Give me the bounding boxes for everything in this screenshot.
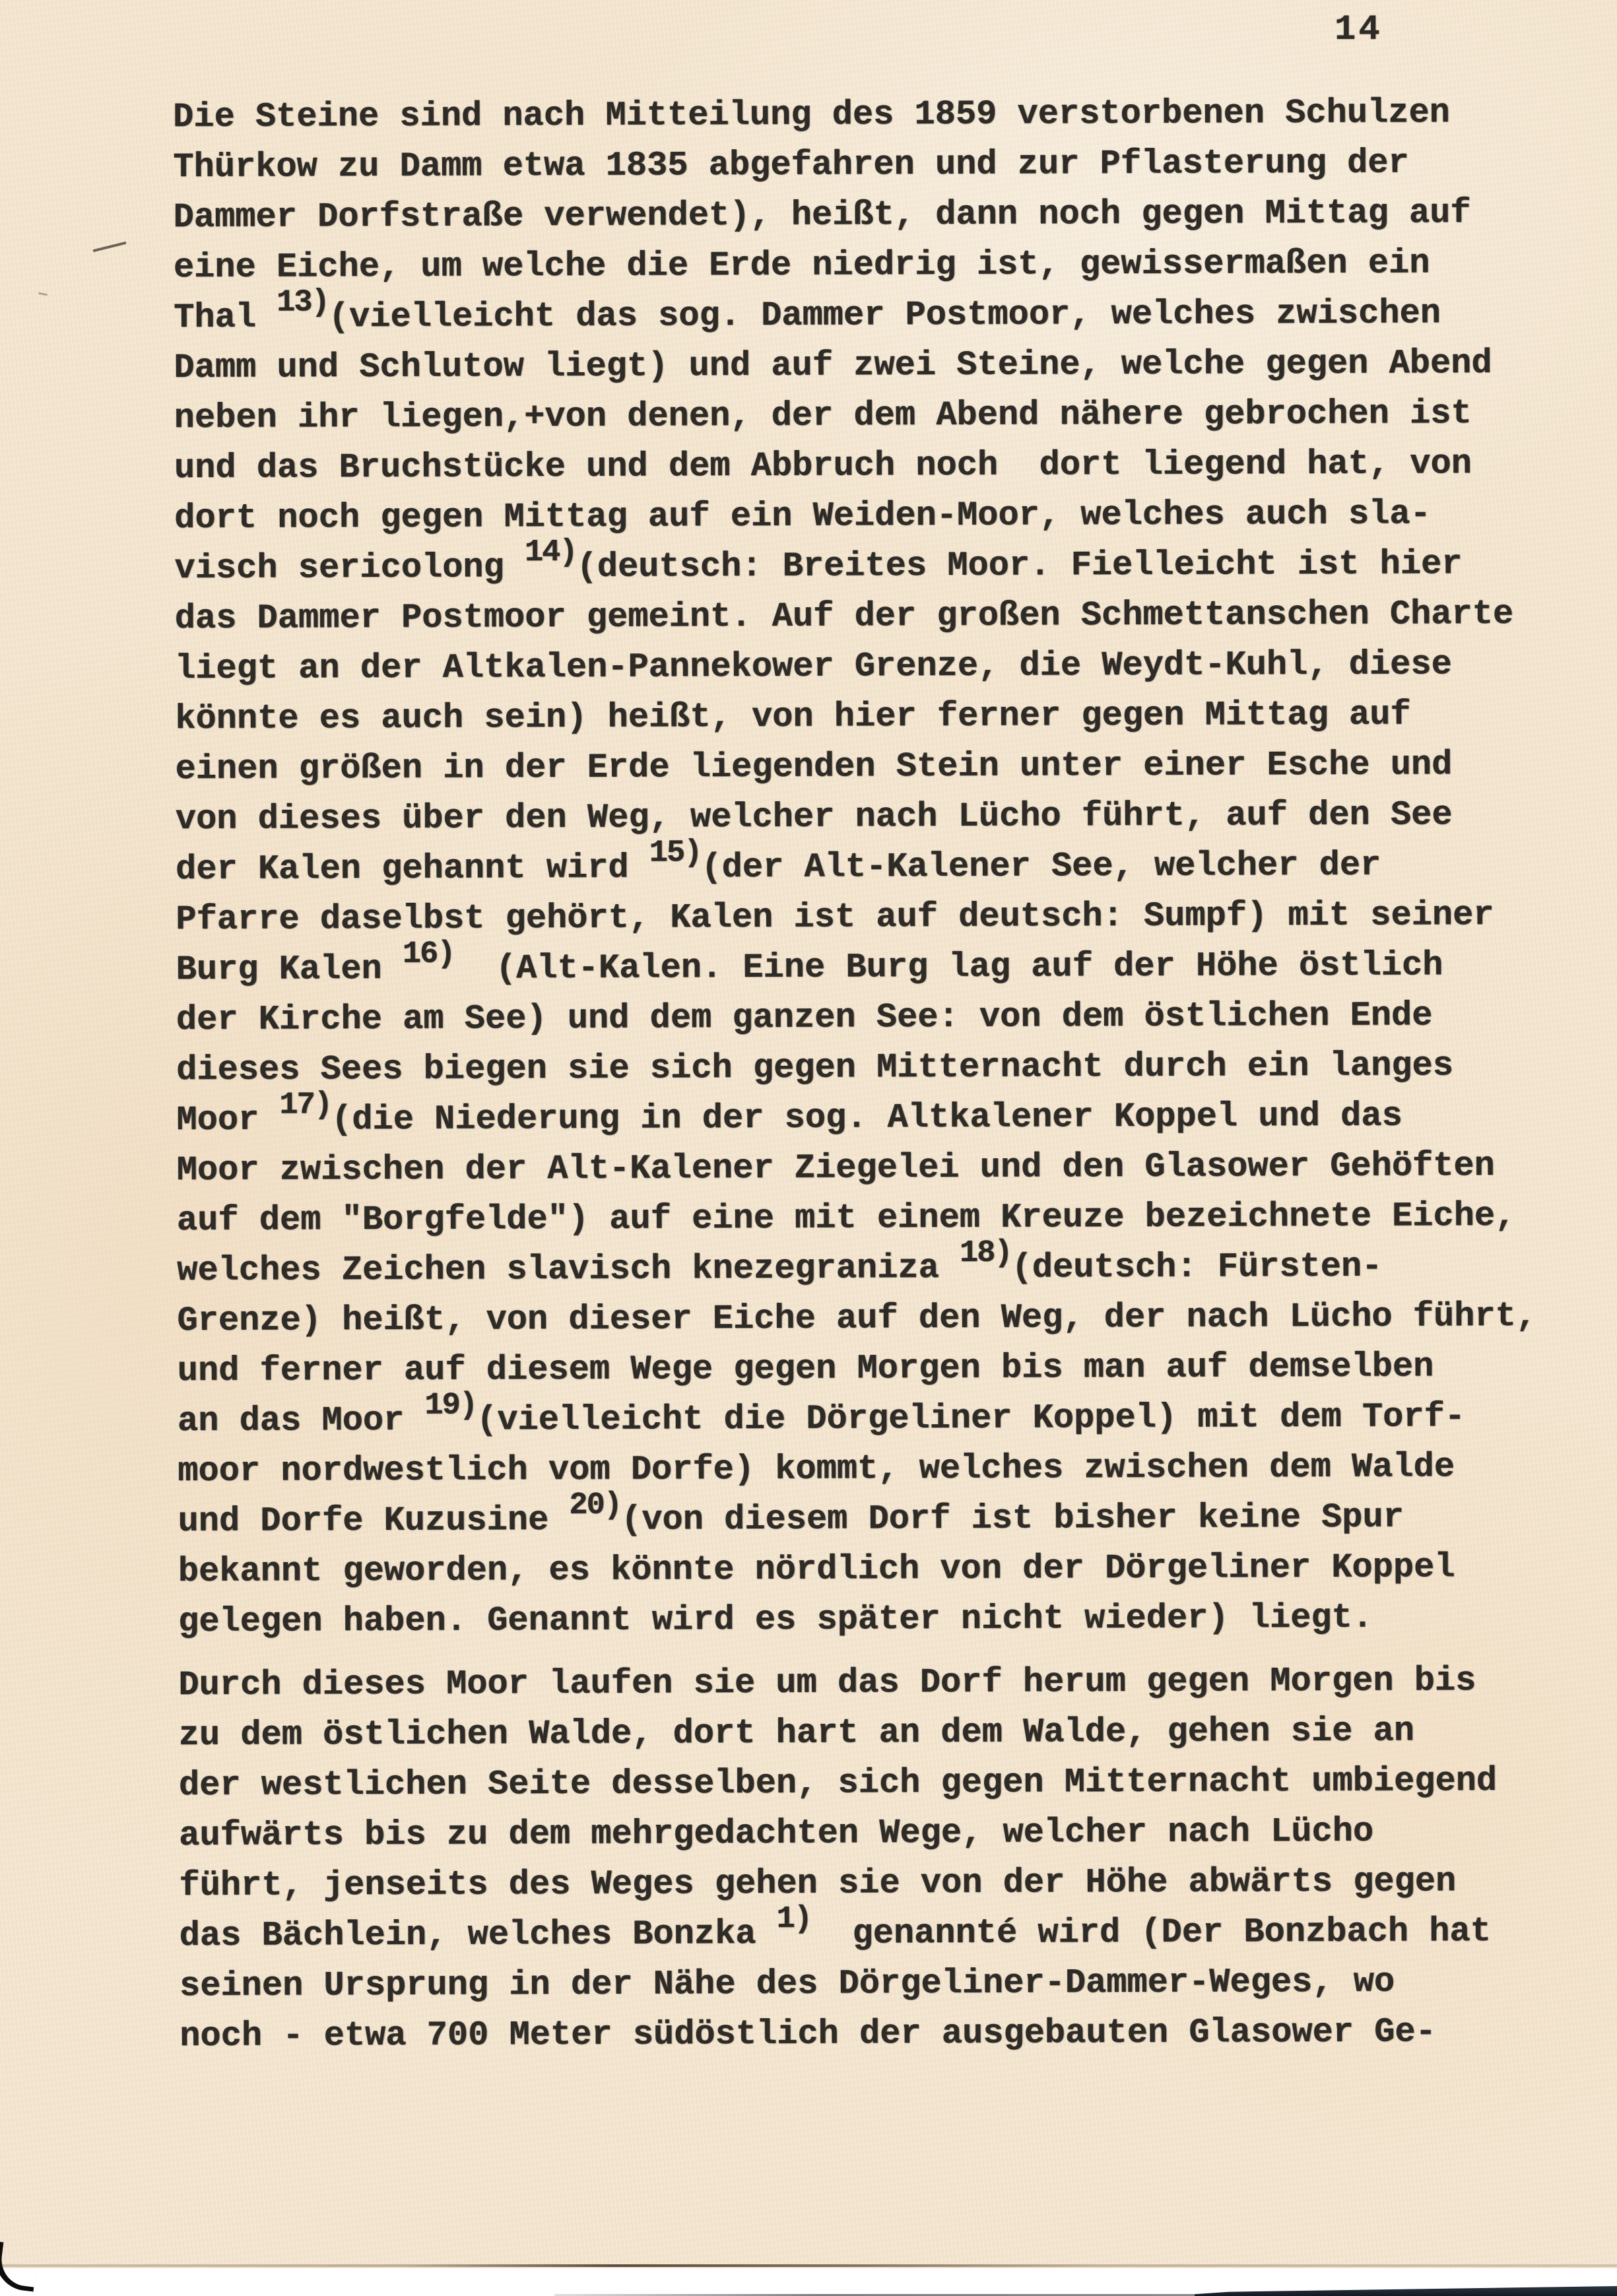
typewritten-line: der westlichen Seite desselben, sich geg… — [179, 1756, 1538, 1811]
typewritten-line: neben ihr liegen,+von denen, der dem Abe… — [174, 389, 1534, 443]
typewritten-line: der Kalen gehannt wird 15)(der Alt-Kalen… — [176, 840, 1535, 895]
typewritten-line: Damm und Schlutow liegt) und auf zwei St… — [174, 339, 1533, 393]
typewritten-line: liegt an der Altkalen-Pannekower Grenze,… — [175, 640, 1534, 694]
footnote-marker: 19) — [424, 1388, 477, 1423]
paragraph: Die Steine sind nach Mitteilung des 1859… — [173, 88, 1538, 1647]
typewritten-line: an das Moor 19)(vielleicht die Dörgeline… — [178, 1392, 1537, 1447]
page-number: 14 — [1335, 11, 1383, 50]
typewritten-line: eine Eiche, um welche die Erde niedrig i… — [174, 238, 1533, 293]
text-block: Die Steine sind nach Mitteilung des 1859… — [173, 88, 1539, 2062]
footnote-marker: 20) — [569, 1488, 621, 1523]
typewritten-line: Dammer Dorfstraße verwendet), heißt, dan… — [174, 188, 1533, 243]
typewritten-line: und ferner auf diesem Wege gegen Morgen … — [178, 1342, 1537, 1396]
typewritten-line: noch - etwa 700 Meter südöstlich der aus… — [180, 2007, 1539, 2062]
typewritten-line: führt, jenseits des Weges gehen sie von … — [179, 1856, 1538, 1911]
typewritten-line: Thürkow zu Damm etwa 1835 abgefahren und… — [173, 138, 1533, 193]
typewritten-line: dieses Sees biegen sie sich gegen Mitter… — [176, 1041, 1536, 1096]
typewritten-line: der Kirche am See) und dem ganzen See: v… — [176, 991, 1536, 1045]
typewritten-line: visch sericolong 14)(deutsch: Breites Mo… — [174, 539, 1534, 594]
footnote-marker: 1) — [777, 1902, 812, 1937]
typewritten-line: auf dem "Borgfelde") auf eine mit einem … — [177, 1191, 1536, 1246]
typewritten-line: Pfarre daselbst gehört, Kalen ist auf de… — [176, 890, 1535, 945]
typewritten-line: dort noch gegen Mittag auf ein Weiden-Mo… — [174, 489, 1534, 544]
footnote-marker: 16) — [403, 937, 455, 972]
paragraph: Durch dieses Moor laufen sie um das Dorf… — [178, 1656, 1539, 2062]
typewritten-line: könnte es auch sein) heißt, von hier fer… — [175, 690, 1534, 744]
typewritten-line: zu dem östlichen Walde, dort hart an dem… — [179, 1706, 1538, 1761]
scanned-paper-sheet: 14 Die Steine sind nach Mitteilung des 1… — [0, 0, 1617, 2268]
footnote-marker: 17) — [279, 1088, 331, 1123]
typewritten-line: seinen Ursprung in der Nähe des Dörgelin… — [180, 1957, 1539, 2012]
corner-scan-mark — [0, 2241, 39, 2291]
typewritten-line: Moor zwischen der Alt-Kalener Ziegelei u… — [177, 1141, 1536, 1196]
typewritten-line: Thal 13)(vielleicht das sog. Dammer Post… — [174, 288, 1533, 343]
typewritten-line: gelegen haben. Genannt wird es später ni… — [178, 1592, 1538, 1647]
typewritten-line: Moor 17)(die Niederung in der sog. Altka… — [176, 1091, 1536, 1146]
pencil-scratch-artifact — [38, 292, 48, 296]
typewritten-line: das Dammer Postmoor gemeint. Auf der gro… — [175, 589, 1534, 644]
footnote-marker: 13) — [277, 285, 329, 320]
typewritten-line: Durch dieses Moor laufen sie um das Dorf… — [178, 1656, 1538, 1711]
typewritten-line: von dieses über den Weg, welcher nach Lü… — [176, 790, 1535, 845]
footnote-marker: 18) — [960, 1236, 1012, 1271]
typewritten-line: Die Steine sind nach Mitteilung des 1859… — [173, 88, 1533, 143]
footnote-marker: 15) — [649, 836, 702, 870]
paper-bottom-edge — [0, 2264, 1617, 2267]
typewritten-line: Grenze) heißt, von dieser Eiche auf den … — [177, 1292, 1536, 1346]
scanner-edge-band — [1195, 2286, 1617, 2296]
typewritten-line: Burg Kalen 16) (Alt-Kalen. Eine Burg lag… — [176, 940, 1536, 995]
pencil-scratch-artifact — [92, 242, 126, 252]
typewritten-line: und das Bruchstücke und dem Abbruch noch… — [174, 439, 1534, 494]
typewritten-line: einen größen in der Erde liegenden Stein… — [175, 740, 1534, 795]
typewritten-line: welches Zeichen slavisch knezegraniza 18… — [177, 1241, 1536, 1296]
typewritten-line: und Dorfe Kuzusine 20)(von diesem Dorf i… — [178, 1492, 1537, 1547]
typewritten-line: bekannt geworden, es könnte nördlich von… — [178, 1542, 1538, 1597]
footnote-marker: 14) — [525, 535, 577, 570]
typewritten-line: das Bächlein, welches Bonzka 1) genannté… — [180, 1907, 1539, 1961]
typewritten-line: moor nordwestlich vom Dorfe) kommt, welc… — [178, 1442, 1537, 1497]
typewritten-line: aufwärts bis zu dem mehrgedachten Wege, … — [179, 1806, 1538, 1861]
